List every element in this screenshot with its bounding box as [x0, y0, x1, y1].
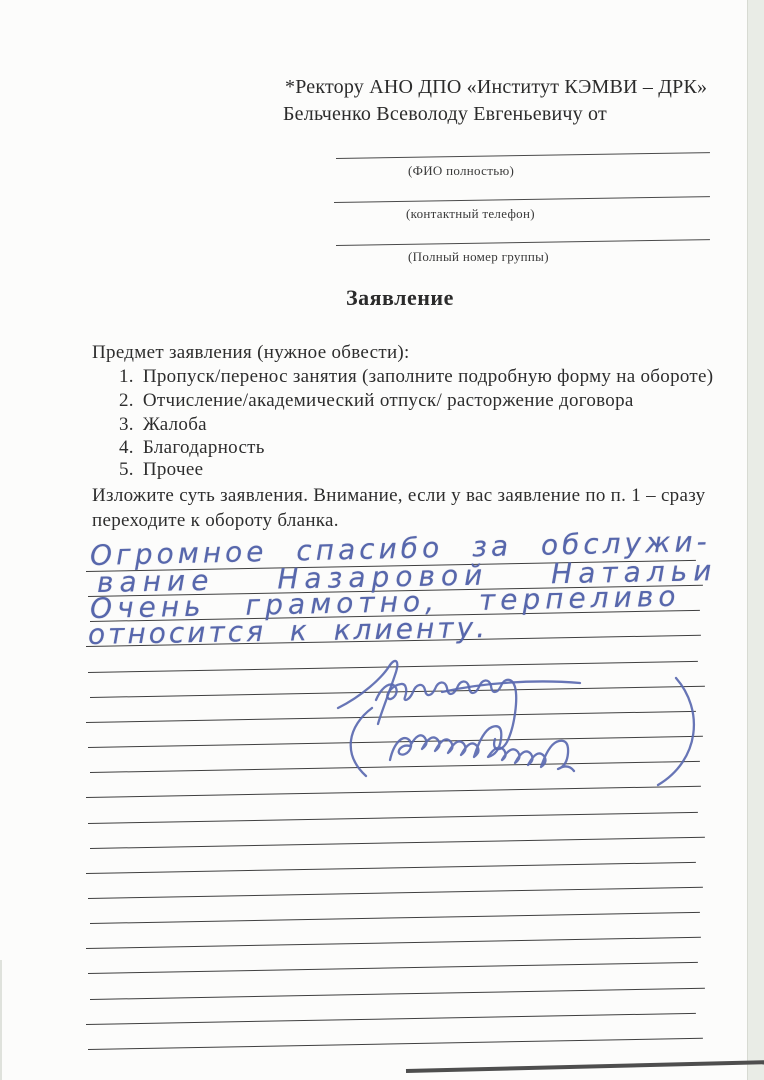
subject-item-4: 4. Благодарность	[119, 437, 265, 459]
group-field-label: (Полный номер группы)	[408, 249, 549, 265]
subject-item-3-text: Жалоба	[143, 414, 207, 436]
fio-field-label: (ФИО полностью)	[408, 163, 514, 179]
ruled-line	[86, 1013, 696, 1025]
phone-field-label: (контактный телефон)	[406, 206, 535, 222]
subject-item-4-number: 4.	[119, 437, 134, 459]
signature-handwriting	[330, 652, 742, 790]
subject-item-2-text: Отчисление/академический отпуск/ расторж…	[143, 390, 634, 412]
subject-item-1: 1. Пропуск/перенос занятия (заполните по…	[119, 366, 713, 388]
group-field-underline	[336, 239, 710, 246]
subject-item-5: 5. Прочее	[119, 459, 203, 481]
ruled-line	[86, 937, 701, 949]
phone-field-underline	[334, 196, 710, 203]
signature-stroke	[390, 726, 574, 771]
signature-stroke	[442, 681, 580, 692]
fio-field-underline	[336, 152, 710, 159]
subject-item-3: 3. Жалоба	[119, 414, 207, 436]
instructions-line-1: Изложите суть заявления. Внимание, если …	[92, 485, 705, 507]
signature-stroke	[658, 678, 694, 785]
scan-background-band	[747, 0, 764, 1080]
handwritten-line-4: относится к клиенту.	[88, 611, 489, 651]
addressee-line-2: Бельченко Всеволоду Евгеньевичу от	[283, 103, 607, 126]
ruled-line	[90, 836, 705, 848]
ruled-line	[88, 887, 703, 899]
subject-item-4-text: Благодарность	[143, 437, 265, 459]
ruled-line	[88, 1038, 703, 1050]
ruled-line	[88, 962, 698, 974]
ruled-line	[90, 987, 705, 999]
subject-item-2: 2. Отчисление/академический отпуск/ раст…	[119, 390, 634, 412]
ruled-line	[90, 912, 700, 924]
subject-item-1-number: 1.	[119, 366, 134, 388]
document-title: Заявление	[346, 285, 454, 311]
ruled-line	[88, 811, 698, 823]
subject-item-1-text: Пропуск/перенос занятия (заполните подро…	[143, 366, 714, 388]
subject-item-2-number: 2.	[119, 390, 134, 412]
subject-item-3-number: 3.	[119, 414, 134, 436]
subject-item-5-text: Прочее	[143, 459, 203, 481]
page-bottom-edge	[406, 1060, 764, 1073]
ruled-line	[86, 862, 696, 874]
page-left-edge	[0, 960, 2, 1080]
signature-stroke	[351, 708, 372, 776]
subject-item-5-number: 5.	[119, 459, 134, 481]
instructions-line-2: переходите к обороту бланка.	[92, 510, 339, 532]
scanned-application-form: *Ректору АНО ДПО «Институт КЭМВИ – ДРК» …	[0, 0, 764, 1080]
addressee-line-1: *Ректору АНО ДПО «Институт КЭМВИ – ДРК»	[285, 76, 707, 99]
subject-intro: Предмет заявления (нужное обвести):	[92, 342, 410, 364]
